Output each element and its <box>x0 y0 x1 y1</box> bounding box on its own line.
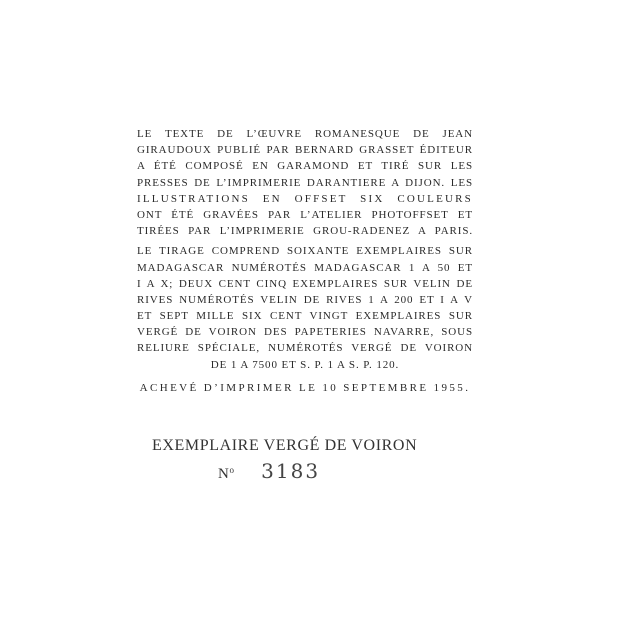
colophon-line: Rives numérotés velin de Rives 1 a 200 e… <box>137 292 473 308</box>
colophon: Le texte de l’Œuvre romanesque de Jean G… <box>137 126 473 396</box>
colophon-line: ont été gravées par l’atelier photoffset… <box>137 207 473 223</box>
printing-completed-date: Achevé d’imprimer le 10 septembre 1955. <box>137 380 473 396</box>
copy-paper-type: EXEMPLAIRE VERGÉ DE VOIRON <box>152 437 432 455</box>
colophon-line: Le tirage comprend soixante exemplaires … <box>137 243 473 259</box>
colophon-line: de 1 a 7500 et S. P. 1 a S. P. 120. <box>137 357 473 373</box>
colophon-line: a été composé en Garamond et tiré sur le… <box>137 158 473 174</box>
colophon-paragraph-1: Le texte de l’Œuvre romanesque de Jean G… <box>137 126 473 239</box>
colophon-line: reliure spéciale, numérotés vergé de Voi… <box>137 340 473 356</box>
colophon-line: presses de l’imprimerie Darantiere a Dij… <box>137 175 473 191</box>
colophon-line: et sept mille six cent vingt exemplaires… <box>137 308 473 324</box>
copy-number-line: No 3183 <box>152 459 432 483</box>
colophon-line: Le texte de l’Œuvre romanesque de Jean <box>137 126 473 142</box>
colophon-line: tirées par l’imprimerie Grou-Radenez a P… <box>137 223 473 239</box>
stamped-copy-number: 3183 <box>261 459 320 483</box>
colophon-line: illustrations en offset six couleurs <box>137 191 473 207</box>
colophon-line: Madagascar numérotés Madagascar 1 a 50 e… <box>137 260 473 276</box>
copy-statement: EXEMPLAIRE VERGÉ DE VOIRON No 3183 <box>152 437 432 483</box>
colophon-line: I a X; deux cent cinq exemplaires sur ve… <box>137 276 473 292</box>
colophon-line: Giraudoux publié par Bernard Grasset édi… <box>137 142 473 158</box>
colophon-paragraph-2: Le tirage comprend soixante exemplaires … <box>137 243 473 373</box>
colophon-line: vergé de Voiron des papeteries Navarre, … <box>137 324 473 340</box>
number-label: No <box>218 466 235 482</box>
